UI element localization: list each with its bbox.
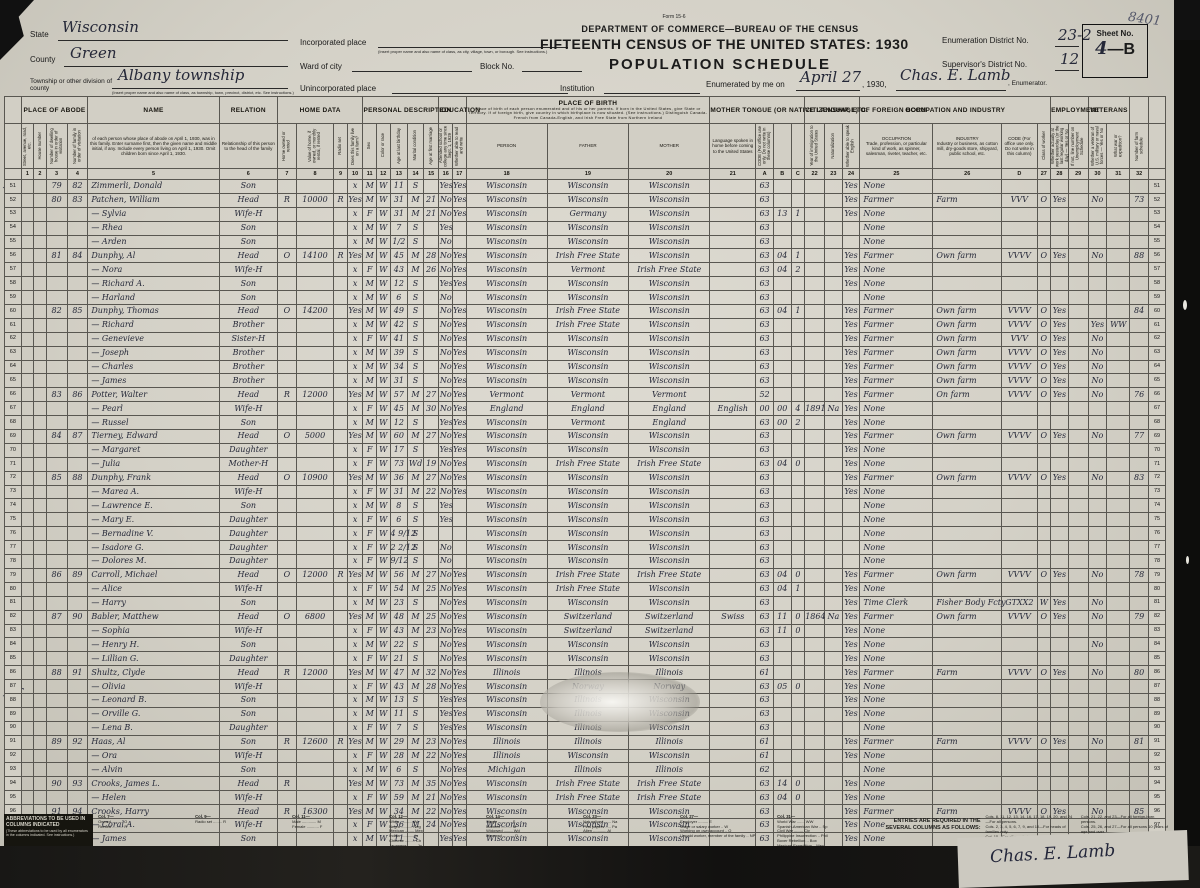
cell-eng: Yes [842, 430, 860, 444]
cell-bpm: Wisconsin [629, 318, 710, 332]
cell-lang [710, 707, 756, 721]
cell-lang [710, 263, 756, 277]
cell-hs [34, 443, 47, 457]
column-description: Number of farm schedule [1130, 124, 1149, 169]
cell-farm: x [347, 555, 363, 569]
cell-mar: M [408, 666, 424, 680]
cell-fm [67, 749, 88, 763]
column-description: FATHER [547, 124, 628, 169]
cell-ca: 63 [756, 263, 774, 277]
cell-cd [1002, 680, 1037, 694]
cell-hs [34, 249, 47, 263]
column-description: Naturalization [824, 124, 842, 169]
cell-cb [773, 499, 791, 513]
cell-bpf: Wisconsin [547, 749, 628, 763]
line-number: 72 [5, 471, 22, 485]
cell-st [21, 471, 34, 485]
cell-val [296, 180, 334, 194]
cell-lang [710, 680, 756, 694]
column-description: CODE (For office use only. Do not write … [756, 124, 774, 169]
table-row: 78— Dolores M.DaughterxFW9/12SNoWisconsi… [5, 555, 1166, 569]
cell-afm: 25 [423, 610, 439, 624]
cell-rad [334, 666, 348, 680]
cell-bpm: Wisconsin [629, 499, 710, 513]
cell-col: W [376, 277, 390, 291]
cell-occ: Farmer [860, 193, 933, 207]
cell-bpp: Wisconsin [466, 180, 547, 194]
cell-rel: Head [219, 388, 277, 402]
cell-eng [842, 541, 860, 555]
cell-fm [67, 402, 88, 416]
cell-war [1107, 457, 1130, 471]
column-description: Does this family live on a farm? [347, 124, 363, 169]
cell-nat [824, 791, 842, 805]
township-note: (Insert proper name and also name of cla… [112, 90, 294, 95]
cell-fs [1130, 693, 1149, 707]
cell-ind [933, 499, 1002, 513]
cell-vet [1088, 680, 1107, 694]
cell-lang: English [710, 402, 756, 416]
cell-val [296, 318, 334, 332]
entries-note: Cols. 21, 22, and 23—For all foreign-bor… [1081, 814, 1170, 824]
cell-afm [423, 527, 439, 541]
cell-nat [824, 388, 842, 402]
line-number: 64 [5, 360, 22, 374]
cell-mar: S [408, 221, 424, 235]
cell-fs [1130, 221, 1149, 235]
cell-age: 31 [390, 485, 408, 499]
cell-war [1107, 263, 1130, 277]
cell-col: W [376, 763, 390, 777]
cell-wk: Yes [1051, 346, 1069, 360]
table-row: 77— Isadore G.DaughterxFW2 2/12SNoWiscon… [5, 541, 1166, 555]
cell-ca: 61 [756, 735, 774, 749]
cell-eng: Yes [842, 457, 860, 471]
cell-rad [334, 541, 348, 555]
cell-yr [805, 180, 825, 194]
table-row: 63— JosephBrotherxMW39SNoYesWisconsinWis… [5, 346, 1166, 360]
cell-cls: O [1037, 305, 1051, 319]
cell-st [21, 180, 34, 194]
cell-rad [334, 430, 348, 444]
cell-val [296, 555, 334, 569]
cell-ue [1068, 652, 1088, 666]
cell-ten [278, 235, 297, 249]
cell-rad [334, 277, 348, 291]
cell-occ: Farmer [860, 305, 933, 319]
cell-rad [334, 652, 348, 666]
cell-cd [1002, 180, 1037, 194]
cell-occ: None [860, 485, 933, 499]
cell-sex: M [363, 471, 377, 485]
line-number: 74 [5, 499, 22, 513]
cell-rw: Yes [453, 485, 467, 499]
cell-farm: x [347, 291, 363, 305]
cell-lang [710, 527, 756, 541]
cell-cd: VVVV [1002, 568, 1037, 582]
cell-bpp: Illinois [466, 735, 547, 749]
cell-bpp: Michigan [466, 763, 547, 777]
cell-lang [710, 207, 756, 221]
cell-rw: Yes [453, 596, 467, 610]
cell-farm: x [347, 624, 363, 638]
cell-nat [824, 527, 842, 541]
cell-cc [791, 291, 805, 305]
cell-sch: No [439, 624, 453, 638]
line-number: 67 [5, 402, 22, 416]
cell-cb: 00 [773, 416, 791, 430]
cell-mar: S [408, 596, 424, 610]
cell-col: W [376, 263, 390, 277]
cell-cd [1002, 582, 1037, 596]
cell-cc: 2 [791, 263, 805, 277]
cell-ue [1068, 416, 1088, 430]
cell-ten [278, 527, 297, 541]
cell-ca: 63 [756, 235, 774, 249]
cell-cb [773, 332, 791, 346]
cell-col: W [376, 555, 390, 569]
cell-ca: 63 [756, 443, 774, 457]
cell-fm [67, 346, 88, 360]
cell-sch: No [439, 346, 453, 360]
cell-age: 56 [390, 568, 408, 582]
cell-nat [824, 541, 842, 555]
cell-mar: S [408, 318, 424, 332]
cell-dw [46, 513, 67, 527]
cell-sch: No [439, 610, 453, 624]
cell-ue [1068, 541, 1088, 555]
cell-sex: F [363, 263, 377, 277]
cell-sch: No [439, 735, 453, 749]
cell-fm [67, 693, 88, 707]
cell-fm: 88 [67, 471, 88, 485]
cell-war [1107, 680, 1130, 694]
cell-rw: Yes [453, 680, 467, 694]
table-row: 55— ArdenSonxMW1/2SNoWisconsinWisconsinW… [5, 235, 1166, 249]
cell-sex: M [363, 666, 377, 680]
cell-lang [710, 555, 756, 569]
cell-war [1107, 610, 1130, 624]
cell-cc [791, 193, 805, 207]
cell-war [1107, 332, 1130, 346]
cell-dw: 87 [46, 610, 67, 624]
cell-bpm: Irish Free State [629, 457, 710, 471]
cell-afm [423, 221, 439, 235]
cell-eng: Yes [842, 332, 860, 346]
cell-fm [67, 263, 88, 277]
line-number: 67 [1149, 402, 1166, 416]
cell-cc [791, 180, 805, 194]
cell-sch: No [439, 388, 453, 402]
cell-yr: 1891 [805, 402, 825, 416]
line-number: 77 [1149, 541, 1166, 555]
cell-cd [1002, 485, 1037, 499]
cell-hs [34, 457, 47, 471]
cell-yr [805, 582, 825, 596]
cell-ind: Farm [933, 193, 1002, 207]
cell-lang [710, 221, 756, 235]
cell-war [1107, 791, 1130, 805]
cell-wk: Yes [1051, 193, 1069, 207]
cell-age: 22 [390, 638, 408, 652]
cell-cb: 11 [773, 624, 791, 638]
cell-ten [278, 332, 297, 346]
cell-rw [453, 221, 467, 235]
cell-sex: F [363, 652, 377, 666]
cell-dw: 88 [46, 666, 67, 680]
cell-farm: x [347, 513, 363, 527]
table-row: 64— CharlesBrotherxMW34SNoYesWisconsinWi… [5, 360, 1166, 374]
line-number: 75 [5, 513, 22, 527]
cell-eng: Yes [842, 582, 860, 596]
cell-cb [773, 374, 791, 388]
cell-col: W [376, 374, 390, 388]
cell-farm: x [347, 318, 363, 332]
cell-col: W [376, 638, 390, 652]
cell-col: W [376, 749, 390, 763]
cell-st [21, 207, 34, 221]
cell-lang [710, 291, 756, 305]
column-number: 3 [46, 169, 67, 180]
cell-yr [805, 471, 825, 485]
cell-ind [933, 721, 1002, 735]
cell-eng: Yes [842, 596, 860, 610]
cell-dw [46, 235, 67, 249]
cell-cb: 11 [773, 610, 791, 624]
cell-cc [791, 666, 805, 680]
cell-val [296, 207, 334, 221]
cell-bpp: Wisconsin [466, 527, 547, 541]
cell-hs [34, 263, 47, 277]
cell-vet: No [1088, 360, 1107, 374]
cell-yr [805, 568, 825, 582]
cell-occ: None [860, 402, 933, 416]
cell-val [296, 638, 334, 652]
cell-afm: 32 [423, 666, 439, 680]
cell-afm [423, 235, 439, 249]
cell-bpm: Switzerland [629, 624, 710, 638]
cell-age: 12 [390, 277, 408, 291]
cell-mar: S [408, 499, 424, 513]
cell-yr [805, 388, 825, 402]
cell-vet [1088, 291, 1107, 305]
table-row: 949093Crooks, James L.HeadRYesMW73M35NoY… [5, 777, 1166, 791]
cell-ind [933, 235, 1002, 249]
cell-bpp: Wisconsin [466, 416, 547, 430]
cell-bpp: Wisconsin [466, 638, 547, 652]
cell-nat [824, 207, 842, 221]
column-description: Number of family in order of visitation [67, 124, 88, 169]
cell-cd [1002, 443, 1037, 457]
cell-eng: Yes [842, 749, 860, 763]
cell-ue [1068, 305, 1088, 319]
cell-rel: Daughter [219, 721, 277, 735]
cell-afm [423, 346, 439, 360]
cell-name: — Helen [88, 791, 219, 805]
cell-st [21, 332, 34, 346]
cell-bpp: Wisconsin [466, 374, 547, 388]
cell-war [1107, 652, 1130, 666]
table-row: 568184Dunphy, AlHeadO14100RYesMW45M28NoY… [5, 249, 1166, 263]
cell-mar: M [408, 388, 424, 402]
cell-mar: M [408, 430, 424, 444]
cell-val [296, 763, 334, 777]
cell-mar: S [408, 513, 424, 527]
cell-lang [710, 374, 756, 388]
cell-yr [805, 318, 825, 332]
cell-mar: S [408, 652, 424, 666]
column-number: 7 [278, 169, 297, 180]
cell-farm: x [347, 707, 363, 721]
cell-nat [824, 249, 842, 263]
cell-cls: O [1037, 471, 1051, 485]
cell-cd [1002, 777, 1037, 791]
cell-war [1107, 596, 1130, 610]
cell-bpm: Wisconsin [629, 471, 710, 485]
cell-fm [67, 680, 88, 694]
cell-vet [1088, 749, 1107, 763]
cell-sch: Yes [439, 721, 453, 735]
cell-ten: R [278, 193, 297, 207]
cell-cd: VVVV [1002, 388, 1037, 402]
cell-val [296, 346, 334, 360]
cell-bpf: Vermont [547, 388, 628, 402]
cell-bpm: Wisconsin [629, 291, 710, 305]
cell-rel: Brother [219, 374, 277, 388]
cell-afm: 28 [423, 249, 439, 263]
cell-fs [1130, 596, 1149, 610]
cell-ue [1068, 707, 1088, 721]
cell-bpp: Wisconsin [466, 555, 547, 569]
cell-afm: 23 [423, 624, 439, 638]
cell-cc [791, 318, 805, 332]
cell-eng: Yes [842, 263, 860, 277]
cell-cb: 04 [773, 457, 791, 471]
cell-col: W [376, 485, 390, 499]
cell-st [21, 568, 34, 582]
cell-farm: x [347, 638, 363, 652]
cell-war [1107, 666, 1130, 680]
cell-dw: 80 [46, 193, 67, 207]
cell-ten [278, 443, 297, 457]
column-number: 1 [21, 169, 34, 180]
cell-yr [805, 680, 825, 694]
cell-mar: S [408, 374, 424, 388]
cell-ca: 63 [756, 193, 774, 207]
cell-nat [824, 471, 842, 485]
population-schedule-table: PLACE OF ABODENAMERELATIONHOME DATAPERSO… [4, 96, 1170, 875]
cell-ca: 63 [756, 582, 774, 596]
cell-lang [710, 180, 756, 194]
cell-sch: Yes [439, 180, 453, 194]
cell-yr [805, 193, 825, 207]
cell-cc [791, 707, 805, 721]
cell-wk [1051, 791, 1069, 805]
cell-farm: x [347, 680, 363, 694]
cell-cls: O [1037, 346, 1051, 360]
cell-ind: Own farm [933, 332, 1002, 346]
line-number: 92 [1149, 749, 1166, 763]
cell-bpp: Illinois [466, 749, 547, 763]
cell-rel: Brother [219, 360, 277, 374]
cell-sex: F [363, 749, 377, 763]
cell-rw [453, 513, 467, 527]
cell-fs [1130, 721, 1149, 735]
cell-afm [423, 555, 439, 569]
cell-val: 12000 [296, 388, 334, 402]
cell-hs [34, 513, 47, 527]
cell-cb [773, 291, 791, 305]
cell-bpm: Wisconsin [629, 513, 710, 527]
cell-vet [1088, 457, 1107, 471]
cell-name: — Marea A. [88, 485, 219, 499]
line-number: 76 [5, 527, 22, 541]
cell-ue [1068, 374, 1088, 388]
cell-occ: None [860, 624, 933, 638]
cell-dw: 83 [46, 388, 67, 402]
cell-sch: No [439, 485, 453, 499]
cell-rad [334, 610, 348, 624]
cell-rw: Yes [453, 610, 467, 624]
sheet-number-box: Sheet No. 4—B [1082, 24, 1148, 78]
cell-st [21, 513, 34, 527]
cell-eng [842, 763, 860, 777]
cell-vet: No [1088, 430, 1107, 444]
column-group-header: PLACE OF ABODE [21, 97, 88, 124]
cell-farm: Yes [347, 471, 363, 485]
cell-ind: Own farm [933, 430, 1002, 444]
cell-name: — Mary E. [88, 513, 219, 527]
cell-ca: 63 [756, 249, 774, 263]
cell-age: 11 [390, 180, 408, 194]
line-number: 79 [5, 568, 22, 582]
line-number: 87 [5, 680, 22, 694]
cell-age: 2 2/12 [390, 541, 408, 555]
cell-ind: Own farm [933, 360, 1002, 374]
cell-sch: No [439, 360, 453, 374]
cell-dw [46, 457, 67, 471]
cell-col: W [376, 221, 390, 235]
table-row: 76— Bernadine V.DaughterxFW4 9/12SWiscon… [5, 527, 1166, 541]
census-title: FIFTEENTH CENSUS OF THE UNITED STATES: 1… [540, 36, 900, 52]
cell-ten: O [278, 430, 297, 444]
cell-vet [1088, 263, 1107, 277]
cell-bpf: Irish Free State [547, 582, 628, 596]
cell-hs [34, 305, 47, 319]
cell-nat [824, 277, 842, 291]
cell-val [296, 582, 334, 596]
cell-farm: Yes [347, 193, 363, 207]
cell-wk [1051, 485, 1069, 499]
cell-cc [791, 346, 805, 360]
cell-rw: Yes [453, 471, 467, 485]
cell-st [21, 263, 34, 277]
cell-cb [773, 346, 791, 360]
cell-farm: x [347, 221, 363, 235]
cell-nat [824, 374, 842, 388]
cell-age: 31 [390, 374, 408, 388]
cell-afm [423, 416, 439, 430]
cell-eng: Yes [842, 791, 860, 805]
cell-sex: M [363, 707, 377, 721]
column-description: If not, line number on Unemployment Sche… [1068, 124, 1088, 169]
line-number: 62 [1149, 332, 1166, 346]
cell-sex: M [363, 193, 377, 207]
column-description [1149, 124, 1166, 169]
column-description: of each person whose place of abode on A… [88, 124, 219, 169]
line-number: 91 [1149, 735, 1166, 749]
column-description: PERSON [466, 124, 547, 169]
